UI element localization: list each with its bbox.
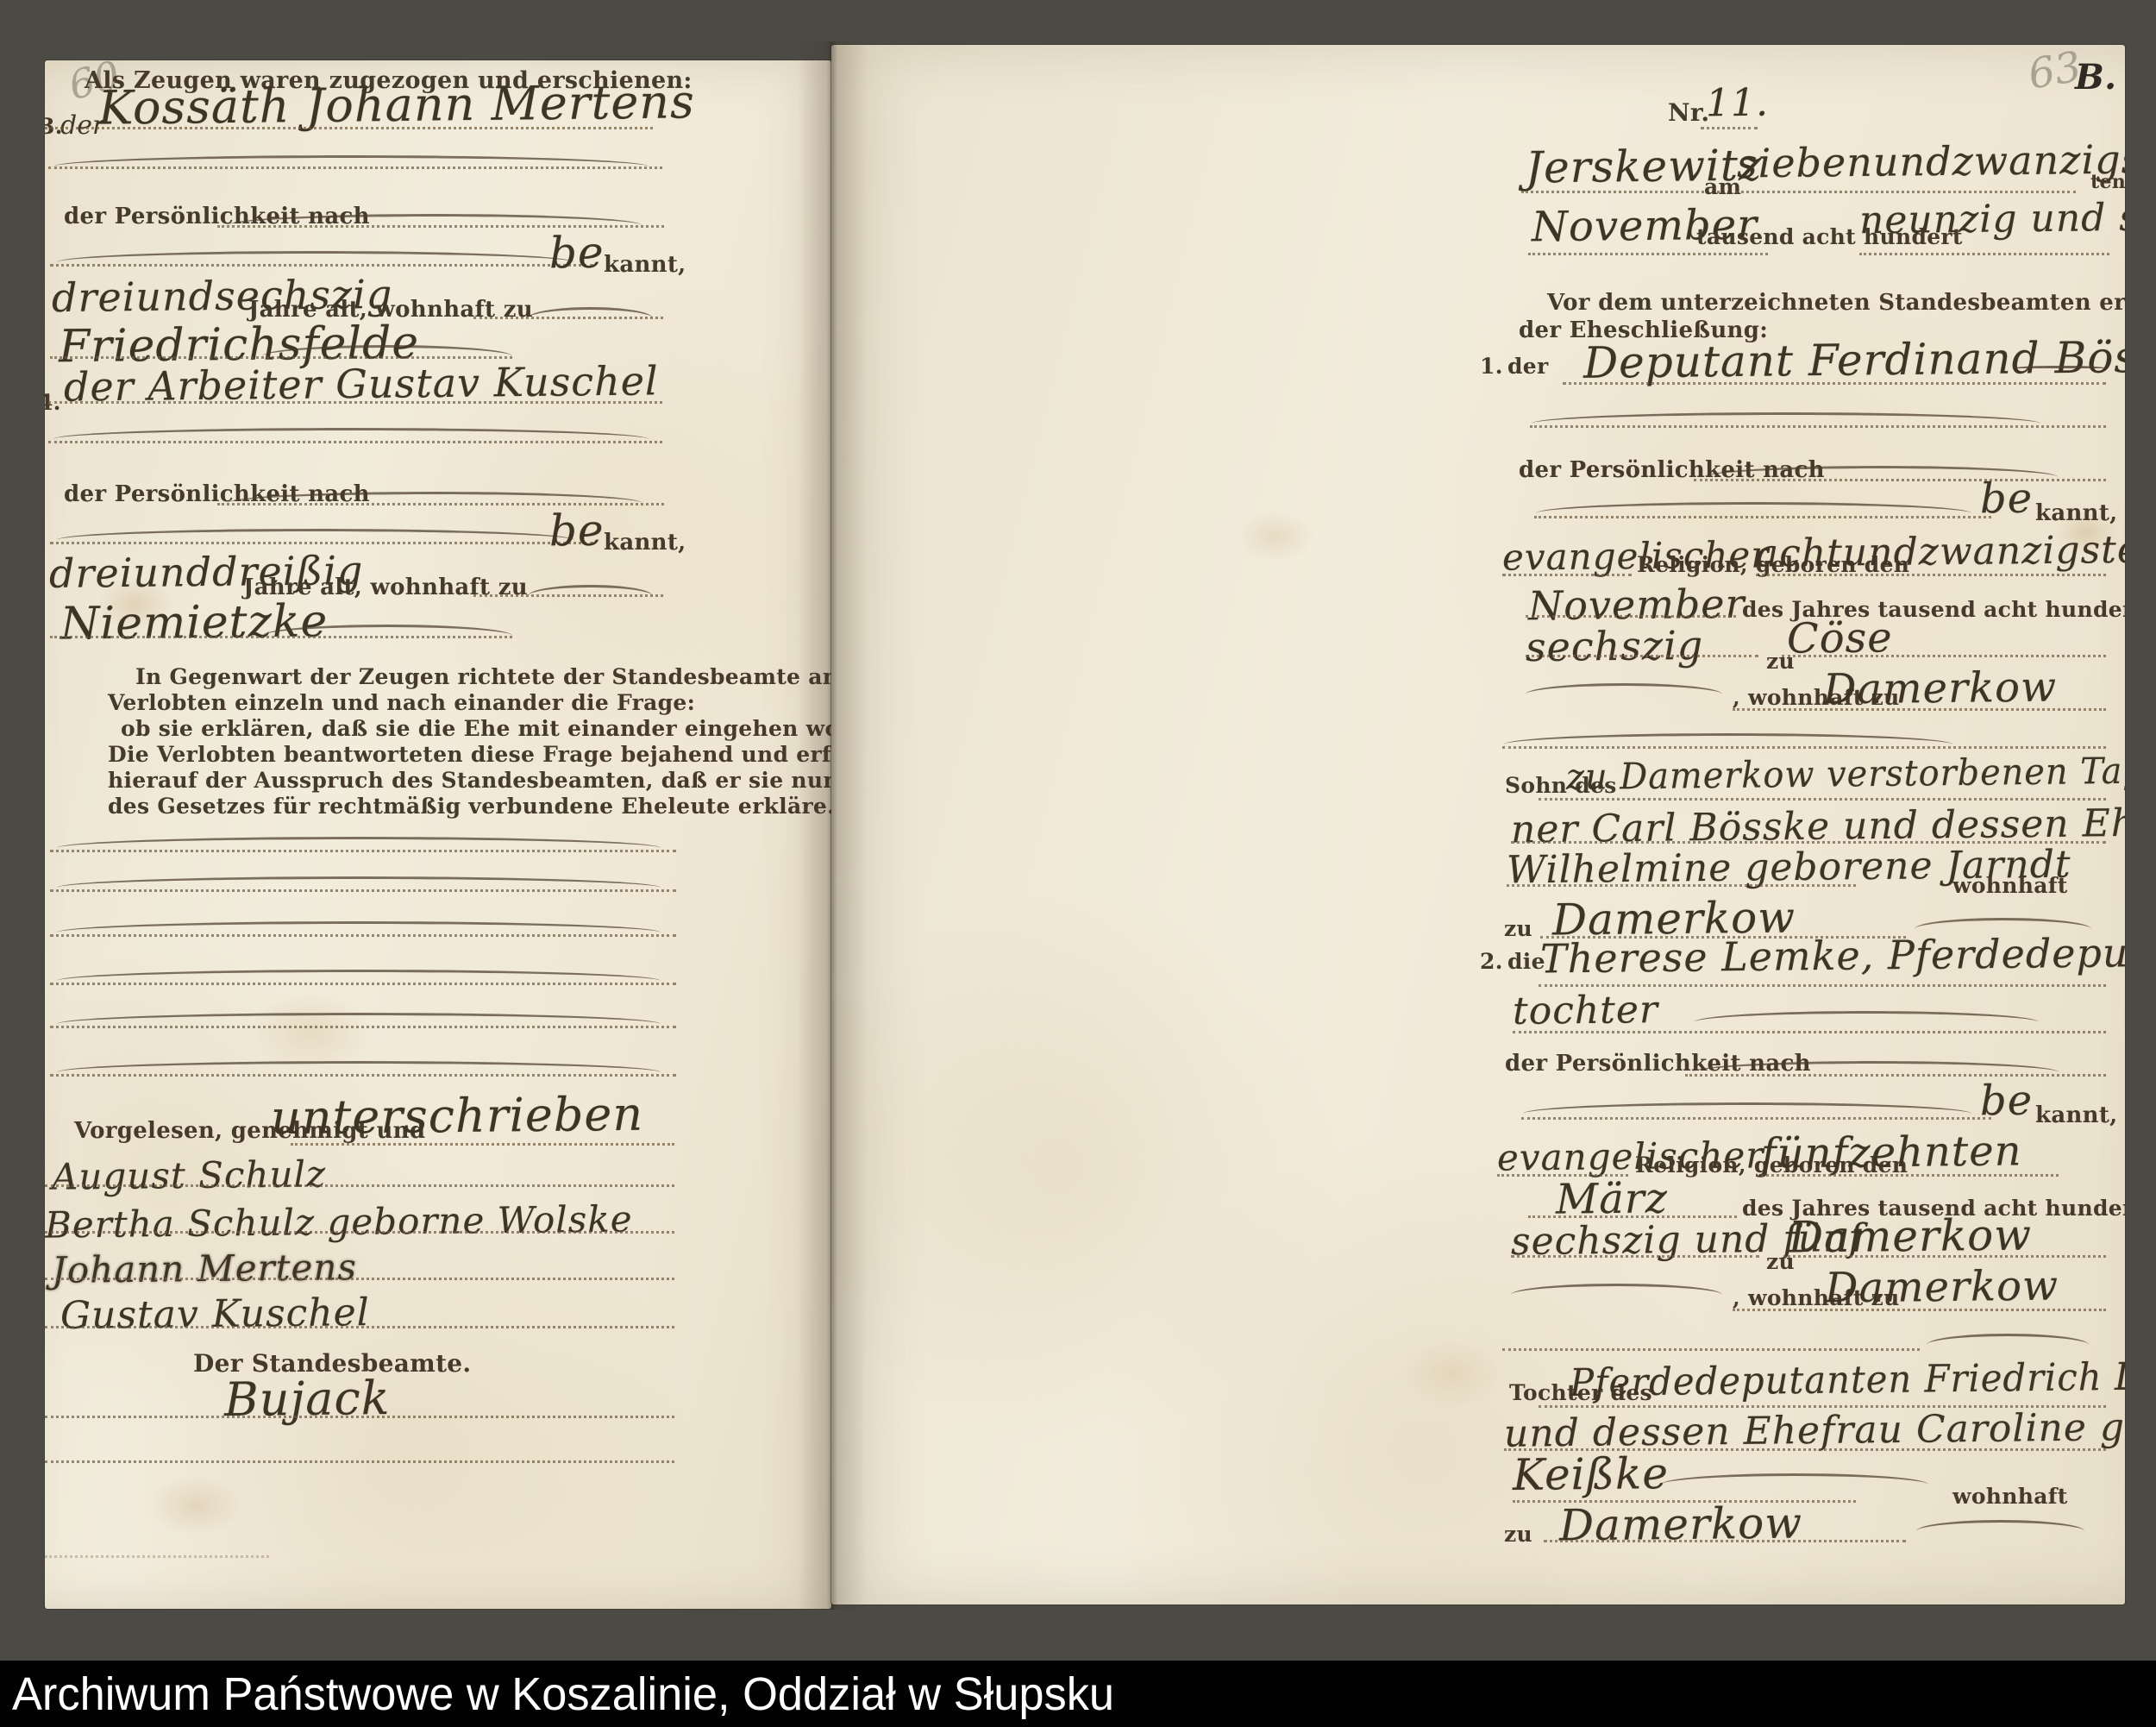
ruled-line	[1761, 1171, 2059, 1177]
bride-number: 2.	[1480, 949, 1503, 974]
ruled-line	[50, 1023, 676, 1028]
ink-strike-line	[1536, 502, 1971, 513]
ruled-line	[50, 261, 593, 267]
ruled-line	[1735, 188, 2076, 193]
declaration-line: ob sie erklären, daß sie die Ehe mit ein…	[121, 716, 831, 741]
ruled-line	[1513, 1028, 2106, 1033]
declaration-line: Verlobten einzeln und nach einander die …	[108, 690, 695, 715]
ruled-line	[1526, 652, 1758, 657]
ink-strike-line	[1915, 918, 2091, 929]
ruled-line	[1701, 124, 1758, 129]
archive-credit-bar: Archiwum Państwowe w Koszalinie, Oddział…	[0, 1661, 2156, 1727]
groom-article: der	[1507, 354, 1548, 379]
ruled-line	[1521, 1115, 1991, 1120]
paper-stain	[252, 992, 373, 1070]
ruled-line	[45, 1275, 674, 1280]
form-letter-mark: B.	[2075, 57, 2116, 97]
signature: Bertha Schulz geborne Wolske	[45, 1197, 633, 1246]
ink-strike-line	[1927, 1334, 2089, 1345]
groom-birth-day: achtundzwanzigsten	[1756, 528, 2125, 576]
bekannt-handwritten: be	[1980, 474, 2034, 524]
ruled-line	[1782, 652, 2106, 657]
ruled-line	[45, 124, 653, 129]
ruled-line	[50, 1071, 676, 1077]
paper-stain	[148, 1475, 243, 1535]
bride-name-cont: tochter	[1513, 988, 1658, 1033]
ruled-line	[45, 1413, 674, 1418]
groom-number: 1.	[1480, 354, 1503, 379]
ruled-line	[50, 887, 676, 892]
ruled-line	[1733, 706, 2106, 711]
ruled-line	[50, 847, 676, 852]
ruled-line	[50, 354, 512, 359]
record-number-label: Nr.	[1668, 98, 1709, 127]
ruled-line	[1539, 795, 2106, 801]
ruled-line	[1783, 1253, 2106, 1258]
ruled-line	[1521, 188, 1730, 193]
ruled-line	[1502, 571, 1632, 576]
ruled-line	[1544, 1537, 1906, 1542]
ruled-line	[1539, 982, 2106, 987]
signature: Johann Mertens	[52, 1246, 357, 1291]
declaration-line: Die Verlobten beantworteten diese Frage …	[108, 742, 831, 767]
zu-label: zu	[1504, 916, 1532, 941]
ruled-line	[1502, 744, 2106, 749]
bride-parents-line: Pferdedeputanten Friedrich Lemke	[1570, 1353, 2125, 1405]
wohnhaft-word: wohnhaft	[1952, 873, 2068, 898]
ruled-line	[1507, 882, 1856, 887]
ink-strike-line	[1523, 1102, 1971, 1114]
record-year-hand: neunzig und sechs	[1859, 195, 2125, 243]
ink-strike-line	[1661, 1473, 1928, 1485]
ink-strike-line	[1526, 683, 1722, 694]
registrar-signature: Bujack	[224, 1371, 391, 1427]
ruled-line	[45, 1323, 674, 1328]
ruled-line	[1733, 1306, 2106, 1311]
intro-line: Vor dem unterzeichneten Standesbeamten e…	[1547, 290, 2125, 316]
ruled-line	[1530, 423, 2106, 428]
ink-strike-line	[1916, 1520, 2084, 1531]
bride-name: Therese Lemke, Pferdedeputanten-	[1540, 928, 2125, 983]
register-page-right: 63 B. Nr. 11. Jerskewitz am siebenundzwa…	[831, 45, 2125, 1605]
ink-strike-line	[1694, 1011, 2039, 1022]
bride-parents-line: Keißke	[1513, 1448, 1669, 1500]
bekannt-handwritten: be	[549, 228, 605, 279]
ruled-line	[48, 438, 662, 443]
ruled-line	[50, 539, 593, 544]
register-page-left: 60 Als Zeugen waren zugezogen und erschi…	[45, 60, 831, 1609]
ruled-line	[1694, 476, 2106, 481]
wohnhaft-word: wohnhaft	[1952, 1484, 2068, 1509]
record-number-value: 11.	[1706, 81, 1770, 126]
bekannt-handwritten: be	[1980, 1077, 2034, 1126]
paper-stain	[1401, 1339, 1504, 1408]
ruled-line	[1534, 513, 1991, 518]
paper-stain	[1237, 511, 1314, 562]
zu-label: zu	[1504, 1522, 1532, 1547]
ruled-line	[1756, 571, 2106, 576]
bride-birth-day: fünfzehnten	[1761, 1127, 2022, 1177]
witness4-residence: Niemietzke	[60, 595, 329, 650]
groom-birth-year: sechszig	[1526, 622, 1704, 670]
ruled-line	[1511, 1253, 1759, 1258]
ruled-line	[473, 314, 663, 319]
ruled-line	[45, 1228, 674, 1234]
bekannt-printed: kannt,	[2035, 1102, 2118, 1128]
bekannt-printed: kannt,	[604, 530, 686, 556]
bride-parents-residence: Damerkow	[1559, 1498, 1803, 1551]
groom-parents-line: zu Damerkow verstorbenen Tagelöh-	[1566, 748, 2125, 798]
declaration-line: In Gegenwart der Zeugen richtete der Sta…	[135, 664, 831, 689]
bekannt-printed: kannt,	[604, 252, 686, 278]
ruled-line	[45, 1553, 269, 1558]
bekannt-handwritten: be	[549, 506, 605, 556]
ruled-line	[48, 399, 662, 404]
ruled-line	[45, 1182, 674, 1187]
signature: Gustav Kuschel	[60, 1291, 370, 1338]
ruled-line	[45, 1458, 674, 1463]
signature: August Schulz	[52, 1152, 327, 1197]
ruled-line	[1563, 380, 2106, 385]
ruled-line	[1685, 1071, 2106, 1077]
ruled-line	[1859, 250, 2109, 255]
day-suffix: ten	[2090, 171, 2125, 193]
ruled-line	[1526, 612, 1736, 618]
ruled-line	[50, 980, 676, 985]
ruled-line	[50, 633, 512, 638]
ink-dash	[2015, 366, 2105, 372]
ruled-line	[1528, 250, 1768, 255]
ruled-line	[50, 932, 676, 937]
bekannt-printed: kannt,	[2035, 500, 2118, 526]
record-day: siebenundzwanzigs	[1737, 136, 2125, 187]
ruled-line	[473, 592, 663, 597]
am-label: am	[1704, 174, 1741, 199]
archive-credit-text: Archiwum Państwowe w Koszalinie, Oddział…	[12, 1667, 1114, 1721]
declaration-line: des Gesetzes für rechtmäßig verbundene E…	[108, 794, 831, 819]
declaration-line: hierauf der Ausspruch des Standesbeamten…	[108, 768, 831, 793]
ruled-line	[1502, 1346, 1920, 1351]
scanned-register-spread: 60 Als Zeugen waren zugezogen und erschi…	[0, 0, 2156, 1727]
closing-handwritten: unterschrieben	[271, 1087, 644, 1146]
ink-strike-line	[1511, 1284, 1722, 1295]
bride-residence: Damerkow	[1825, 1262, 2059, 1313]
ruled-line	[48, 164, 662, 169]
ruled-line	[291, 1140, 674, 1146]
